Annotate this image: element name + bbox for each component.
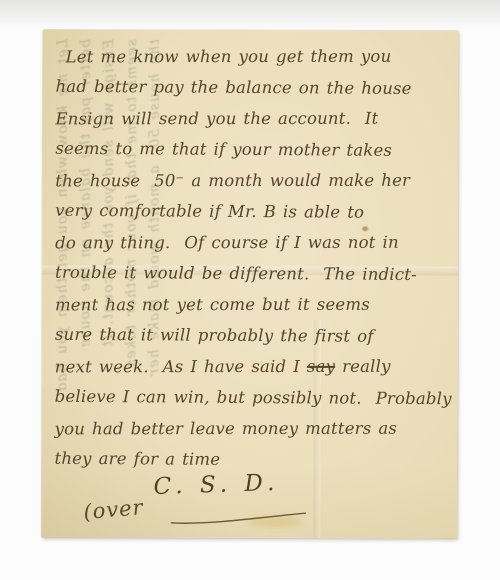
signature-initials: C. S. D. [153,470,280,500]
signature-flourish [169,510,309,526]
struck-out-word: say [307,357,335,376]
letter-photo: Let me know when you get them you had be… [0,0,500,580]
background-glare [0,0,500,30]
letter-line: believe I can win, but possibly not. Pro… [55,381,454,414]
letter-line: do any thing. Of course if I was not in [55,227,454,259]
letter-line: Ensign will send you the account. It [55,103,454,135]
letter-paper: Let me know when you get them you had be… [41,29,458,538]
letter-line: had better pay the balance on the house [55,71,454,104]
letter-line: trouble it would be different. The indic… [55,257,454,290]
letter-line: very comfortable if Mr. B is able to [55,195,454,228]
letter-line: next week. As I have said I say really [55,351,454,383]
page-turn-note: (over [83,495,145,524]
letter-line: Let me know when you get them you [56,41,455,73]
letter-line: seems to me that if your mother takes [55,133,454,166]
letter-body: Let me know when you get them you had be… [55,40,455,475]
letter-line: ment has not yet come but it seems [55,289,454,321]
flourish-stroke [171,513,305,524]
letter-line-post: really [335,357,391,376]
letter-line: you had better leave money matters as [55,413,454,445]
letter-line: sure that it will probably the first of [55,319,454,352]
letter-line-pre: next week. As I have said I [55,357,307,376]
letter-line: the house 50⁻ a month would make her [55,165,454,197]
